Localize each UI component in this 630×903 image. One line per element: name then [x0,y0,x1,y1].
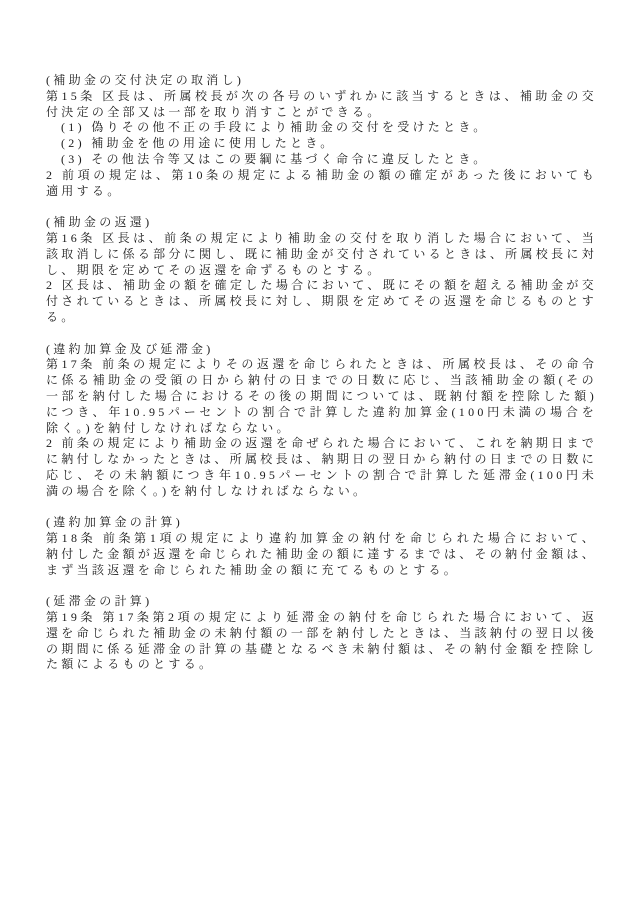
article-15-item-2: (2) 補助金を他の用途に使用したとき。 [46,136,597,152]
article-15-paragraph-2: 2 前項の規定は、第10条の規定による補助金の額の確定があった後においても適用す… [46,168,597,200]
section-article-16: (補助金の返還) 第16条 区長は、前条の規定により補助金の交付を取り消した場合… [46,215,597,326]
article-15-paragraph-1: 第15条 区長は、所属校長が次の各号のいずれかに該当するときは、補助金の交付決定… [46,89,597,121]
article-15-item-3: (3) その他法令等又はこの要綱に基づく命令に違反したとき。 [46,152,597,168]
article-17-heading: (違約加算金及び延滞金) [46,342,597,358]
article-16-paragraph-2: 2 区長は、補助金の額を確定した場合において、既にその額を超える補助金が交付され… [46,278,597,325]
article-18-heading: (違約加算金の計算) [46,515,597,531]
article-16-heading: (補助金の返還) [46,215,597,231]
article-15-heading: (補助金の交付決定の取消し) [46,73,597,89]
section-article-17: (違約加算金及び延滞金) 第17条 前条の規定によりその返還を命じられたときは、… [46,342,597,500]
article-15-item-1: (1) 偽りその他不正の手段により補助金の交付を受けたとき。 [46,120,597,136]
article-19-paragraph-1: 第19条 第17条第2項の規定により延滞金の納付を命じられた場合において、返還を… [46,610,597,673]
section-article-19: (延滞金の計算) 第19条 第17条第2項の規定により延滞金の納付を命じられた場… [46,594,597,673]
article-18-paragraph-1: 第18条 前条第1項の規定により違約加算金の納付を命じられた場合において、納付し… [46,531,597,578]
section-article-18: (違約加算金の計算) 第18条 前条第1項の規定により違約加算金の納付を命じられ… [46,515,597,578]
article-19-heading: (延滞金の計算) [46,594,597,610]
document-page: (補助金の交付決定の取消し) 第15条 区長は、所属校長が次の各号のいずれかに該… [0,0,630,903]
article-17-paragraph-1: 第17条 前条の規定によりその返還を命じられたときは、所属校長は、その命令に係る… [46,357,597,436]
article-17-paragraph-2: 2 前条の規定により補助金の返還を命ぜられた場合において、これを納期日までに納付… [46,436,597,499]
document-body: (補助金の交付決定の取消し) 第15条 区長は、所属校長が次の各号のいずれかに該… [46,73,597,689]
section-article-15: (補助金の交付決定の取消し) 第15条 区長は、所属校長が次の各号のいずれかに該… [46,73,597,199]
article-16-paragraph-1: 第16条 区長は、前条の規定により補助金の交付を取り消した場合において、当該取消… [46,231,597,278]
